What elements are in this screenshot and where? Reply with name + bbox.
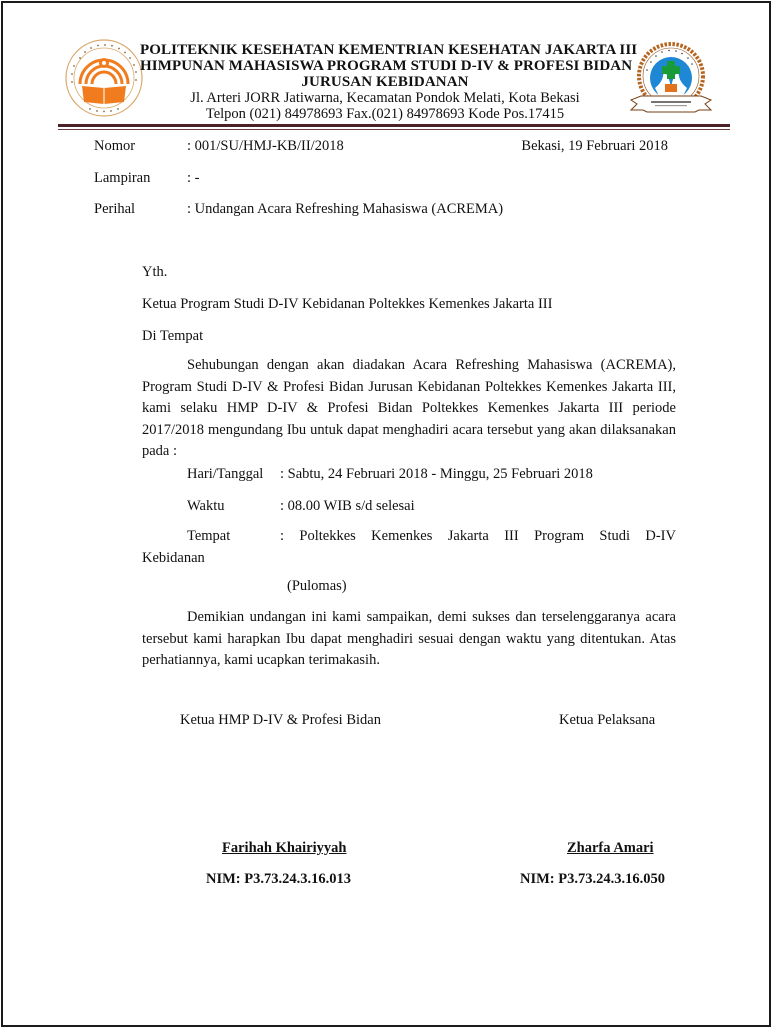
poltekkes-kemenkes-logo-icon	[60, 38, 148, 118]
signature-left-name: Farihah Khairiyyah	[222, 840, 346, 857]
place-date: Bekasi, 19 Februari 2018	[521, 138, 668, 155]
signature-right-name: Zharfa Amari	[567, 840, 654, 857]
hmp-bidan-logo-icon	[625, 40, 717, 122]
letterhead-address: Jl. Arteri JORR Jatiwarna, Kecamatan Pon…	[140, 90, 630, 106]
organization-name: HIMPUNAN MAHASISWA PROGRAM STUDI D-IV & …	[140, 58, 630, 74]
opening-paragraph: Sehubungan dengan akan diadakan Acara Re…	[142, 355, 676, 463]
institution-name: POLITEKNIK KESEHATAN KEMENTRIAN KESEHATA…	[140, 42, 630, 58]
recipient-name: Ketua Program Studi D-IV Kebidanan Polte…	[142, 294, 676, 316]
nomor-label: Nomor	[94, 138, 135, 155]
salutation: Yth.	[142, 262, 676, 284]
lampiran-label: Lampiran	[94, 170, 150, 187]
event-place-value-continued: Kebidanan	[142, 547, 676, 569]
perihal-value: : Undangan Acara Refreshing Mahasiswa (A…	[187, 201, 503, 218]
event-date-value: : Sabtu, 24 Februari 2018 - Minggu, 25 F…	[280, 466, 593, 483]
department-name: JURUSAN KEBIDANAN	[140, 74, 630, 90]
signature-right-title: Ketua Pelaksana	[559, 712, 655, 729]
event-time-label: Waktu	[187, 498, 225, 515]
event-place-label: Tempat	[187, 525, 280, 547]
event-time-value: : 08.00 WIB s/d selesai	[280, 498, 415, 515]
signature-left-nim: NIM: P3.73.24.3.16.013	[206, 871, 351, 888]
lampiran-value: : -	[187, 170, 199, 187]
letterhead-divider-thin	[58, 129, 730, 130]
signature-right-nim: NIM: P3.73.24.3.16.050	[520, 871, 665, 888]
nomor-value: : 001/SU/HMJ-KB/II/2018	[187, 138, 344, 155]
event-place-note: (Pulomas)	[287, 578, 347, 595]
event-place-row: Tempat : Poltekkes Kemenkes Jakarta III …	[142, 525, 676, 569]
event-date-label: Hari/Tanggal	[187, 466, 263, 483]
letterhead-divider-thick	[58, 124, 730, 127]
recipient-location: Di Tempat	[142, 326, 676, 348]
signature-left-title: Ketua HMP D-IV & Profesi Bidan	[180, 712, 381, 729]
letterhead-contact: Telpon (021) 84978693 Fax.(021) 84978693…	[140, 106, 630, 122]
letterhead: POLITEKNIK KESEHATAN KEMENTRIAN KESEHATA…	[140, 42, 630, 122]
event-place-value: : Poltekkes Kemenkes Jakarta III Program…	[280, 525, 676, 547]
perihal-label: Perihal	[94, 201, 135, 218]
closing-paragraph: Demikian undangan ini kami sampaikan, de…	[142, 607, 676, 672]
